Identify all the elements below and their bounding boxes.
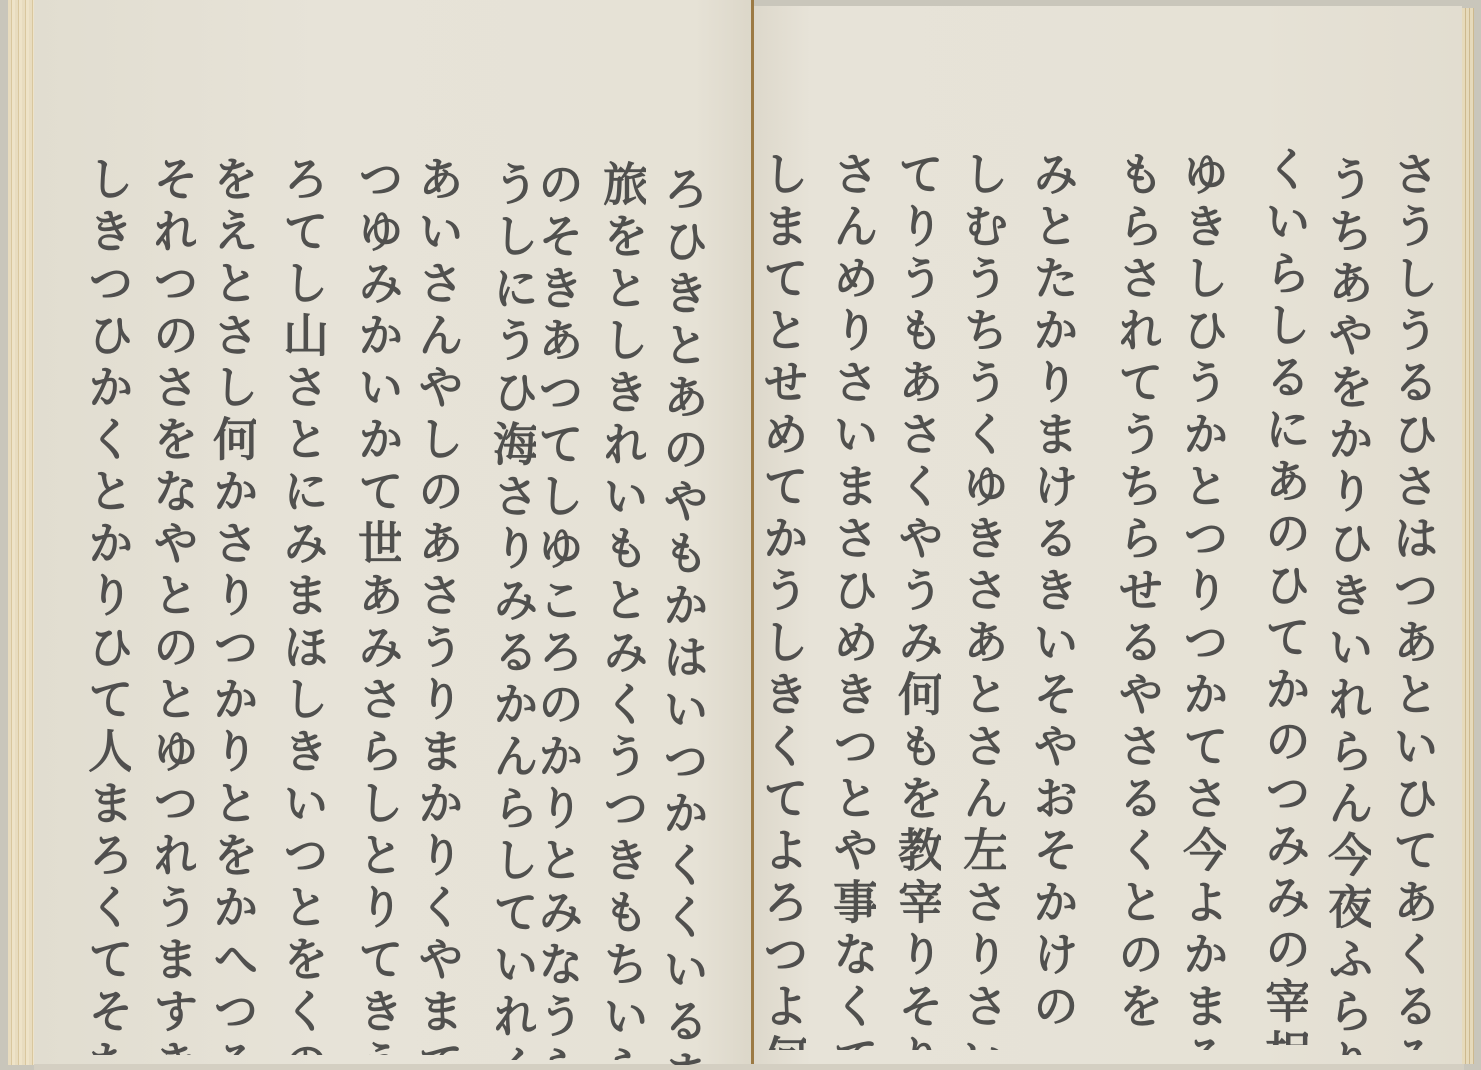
left-column-8: をえとさし何かさりつかりとをかへつるとと <box>210 155 256 1055</box>
bottom-edge <box>34 1064 1464 1070</box>
right-column-9: さんめりさいまさひめきつとや事なくてこ事 <box>830 150 876 1050</box>
left-column-5: あいさんやしのあさうりまかりくやまてやとのと <box>415 155 461 1055</box>
left-column-7: ろてし山さとにみまほしきいつとをくの何る <box>280 155 326 1055</box>
left-column-1: ろひきとあのやもかはいつかくくいるま入 <box>660 165 706 1065</box>
right-column-8: てりうもあさくやうみ何もを教宰りそりよ <box>895 150 941 1050</box>
right-column-3: くいらしるにあのひてかのつみみの宰相の <box>1262 145 1308 1045</box>
right-column-2: うちあやをかりひきいれらん今夜ふらりな <box>1325 155 1371 1055</box>
left-column-9: それつのさをなやとのとゆつれうますき何なり <box>150 155 196 1055</box>
right-column-5: もらされてうちらせるやさるくとのを <box>1115 150 1161 1050</box>
left-column-10: しきつひかくとかりひて人まろくてそたち <box>85 155 131 1055</box>
right-column-7: しむうちうくゆきさあとさん左さりさい女房 <box>960 150 1006 1050</box>
right-column-1: さうしうるひさはつあといひてあくるみ <box>1390 150 1436 1050</box>
right-column-6: みとたかりまけるきいそやおそかけの <box>1030 150 1076 1050</box>
right-column-4: ゆきしひうかとつりつかてさ今よかまろにに <box>1180 150 1226 1050</box>
left-page-stack-edge <box>8 0 35 1065</box>
open-book: さうしうるひさはつあといひてあくるみ うちあやをかりひきいれらん今夜ふらりな く… <box>0 0 1481 1070</box>
left-column-4: うしにうひ海さりみるかんらしていれくと <box>490 160 536 1060</box>
right-column-10: しまてとせめてかうしきくてよろつよ何く <box>760 150 806 1050</box>
right-page-stack-edge <box>1462 8 1474 1064</box>
left-column-3: のそきあつてしゆころのかりとみなうらいさす <box>535 160 581 1060</box>
left-column-2: 旅をとしきれいもとみくうつきもちいられて <box>600 160 646 1060</box>
left-column-6: つゆみかいかて世あみさらしとりてきうしと知ひ <box>355 155 401 1055</box>
